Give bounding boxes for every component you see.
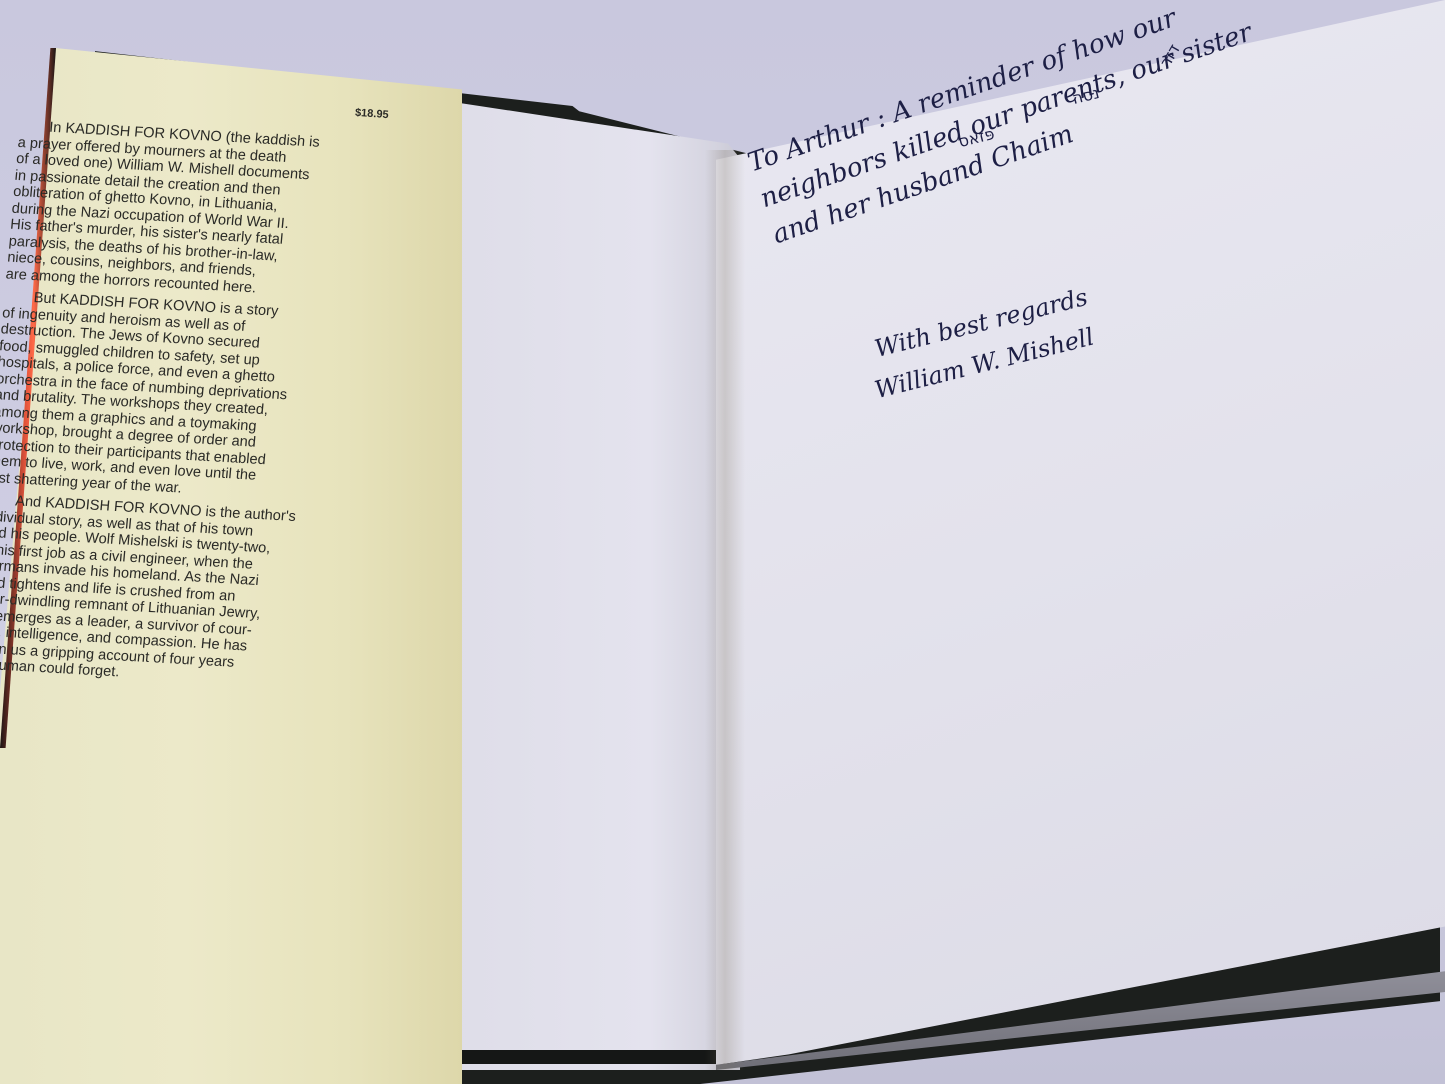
- left-endpaper: [440, 100, 740, 1070]
- blurb-paragraph-3: And KADDISH FOR KOVNO is the author's in…: [0, 492, 375, 695]
- cover-bottom-edge: [440, 1050, 740, 1064]
- flap-blurb: In KADDISH FOR KOVNO (the kaddish is a p…: [0, 118, 409, 694]
- blurb-paragraph-1: In KADDISH FOR KOVNO (the kaddish is a p…: [5, 118, 409, 304]
- price-label: $18.95: [355, 107, 389, 121]
- book-gutter: [705, 150, 745, 1070]
- blurb-paragraph-2: But KADDISH FOR KOVNO is a story of inge…: [0, 288, 394, 507]
- book-photo: $18.95 In KADDISH FOR KOVNO (the kaddish…: [0, 0, 1445, 1084]
